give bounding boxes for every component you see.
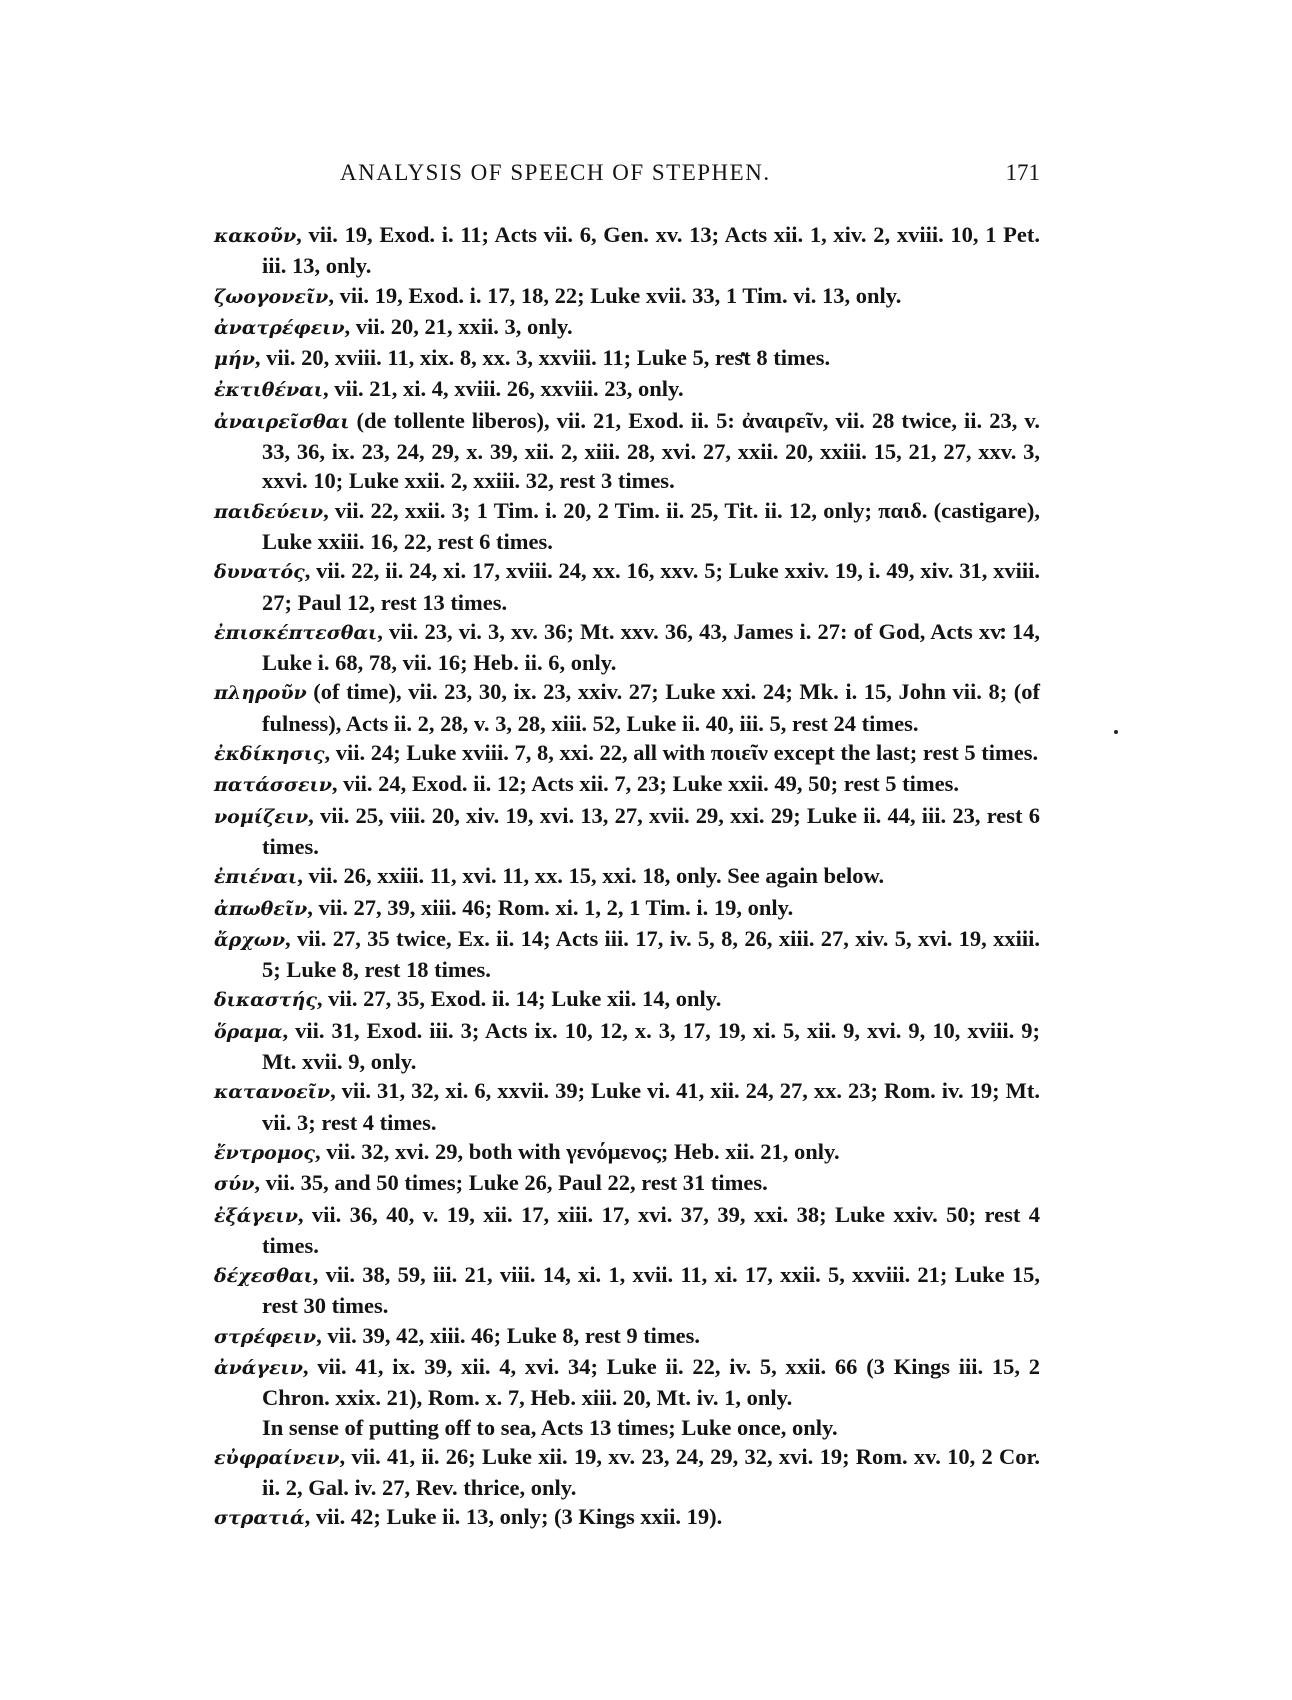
entry-text: , vii. 41, ii. 26; Luke xii. 19, xv. 23,… [262,1444,1040,1500]
entry: ἀνατρέφειν, vii. 20, 21, xxii. 3, only. [214,312,1040,343]
entry-text: , vii. 36, 40, v. 19, xii. 17, xiii. 17,… [262,1202,1040,1258]
entry: ἀνάγειν, vii. 41, ix. 39, xii. 4, xvi. 3… [214,1352,1040,1413]
entry-text: , vii. 20, 21, xxii. 3, only. [345,314,573,339]
document-page: ANALYSIS OF SPEECH OF STEPHEN. 171 κακοῦ… [0,0,1292,1700]
scan-speck [1001,628,1005,632]
entry-lemma: κατανοεῖν [214,1081,330,1103]
entry: ἐξάγειν, vii. 36, 40, v. 19, xii. 17, xi… [214,1200,1040,1261]
scan-speck [1114,730,1118,734]
entry: δέχεσθαι, vii. 38, 59, iii. 21, viii. 14… [214,1260,1040,1321]
entry: ἀναιρεῖσθαι (de tollente liberos), vii. … [214,406,1040,496]
entry-list: κακοῦν, vii. 19, Exod. i. 11; Acts vii. … [214,220,1040,1534]
entry-text: , vii. 31, Exod. iii. 3; Acts ix. 10, 12… [262,1018,1040,1074]
entry-text: , vii. 32, xvi. 29, both with γενόμενος;… [315,1139,840,1164]
entry-lemma: ἀπωθεῖν [214,898,307,920]
entry: ὅραμα, vii. 31, Exod. iii. 3; Acts ix. 1… [214,1016,1040,1077]
entry: πατάσσειν, vii. 24, Exod. ii. 12; Acts x… [214,769,1040,800]
entry-lemma: κακοῦν [214,225,296,247]
running-head: ANALYSIS OF SPEECH OF STEPHEN. 171 [340,160,1040,194]
entry-lemma: ἔντρομος [214,1142,315,1164]
entry-lemma: μήν [214,348,255,370]
entry-lemma: ὅραμα [214,1021,282,1043]
entry: στρέφειν, vii. 39, 42, xiii. 46; Luke 8,… [214,1321,1040,1352]
entry-lemma: ἀναιρεῖσθαι [214,411,350,433]
entry: δικαστής, vii. 27, 35, Exod. ii. 14; Luk… [214,984,1040,1015]
scan-speck [741,352,745,356]
entry: ζωογονεῖν, vii. 19, Exod. i. 17, 18, 22;… [214,281,1040,312]
entry-text: , vii. 19, Exod. i. 11; Acts vii. 6, Gen… [262,222,1040,278]
entry-text: , vii. 25, viii. 20, xiv. 19, xvi. 13, 2… [262,803,1040,859]
entry: εὐφραίνειν, vii. 41, ii. 26; Luke xii. 1… [214,1442,1040,1503]
entry: στρατιά, vii. 42; Luke ii. 13, only; (3 … [214,1502,1040,1533]
entry-text: , vii. 41, ix. 39, xii. 4, xvi. 34; Luke… [262,1354,1040,1410]
entry: ἐκδίκησις, vii. 24; Luke xviii. 7, 8, xx… [214,738,1040,769]
entry-lemma: ἄρχων [214,929,285,951]
entry: ἀπωθεῖν, vii. 27, 39, xiii. 46; Rom. xi.… [214,893,1040,924]
entry-lemma: ἐκδίκησις [214,743,324,765]
entry-text: , vii. 24, Exod. ii. 12; Acts xii. 7, 23… [332,771,959,796]
entry-lemma: δικαστής [214,989,317,1011]
entry-lemma: ἐπιέναι [214,866,297,888]
page-number: 171 [1006,160,1041,186]
entry-lemma: ἐπισκέπτεσθαι [214,622,377,644]
entry-lemma: ἐξάγειν [214,1205,298,1227]
entry: μήν, vii. 20, xviii. 11, xix. 8, xx. 3, … [214,343,1040,374]
entry-text: , vii. 26, xxiii. 11, xvi. 11, xx. 15, x… [297,863,884,888]
entry-continuation: In sense of putting off to sea, Acts 13 … [214,1413,1040,1442]
entry: κακοῦν, vii. 19, Exod. i. 11; Acts vii. … [214,220,1040,281]
entry-lemma: δέχεσθαι [214,1265,313,1287]
entry: παιδεύειν, vii. 22, xxii. 3; 1 Tim. i. 2… [214,496,1040,557]
entry: ἐκτιθέναι, vii. 21, xi. 4, xviii. 26, xx… [214,374,1040,405]
entry-text: , vii. 23, vi. 3, xv. 36; Mt. xxv. 36, 4… [262,619,1040,675]
entry-text: , vii. 27, 35, Exod. ii. 14; Luke xii. 1… [317,986,721,1011]
entry-lemma: ἀνάγειν [214,1357,303,1379]
entry-text: , vii. 35, and 50 times; Luke 26, Paul 2… [254,1170,767,1195]
entry-text: , vii. 21, xi. 4, xviii. 26, xxviii. 23,… [323,376,684,401]
entry-text: , vii. 42; Luke ii. 13, only; (3 Kings x… [305,1504,723,1529]
entry: ἄρχων, vii. 27, 35 twice, Ex. ii. 14; Ac… [214,924,1040,985]
entry-text: , vii. 20, xviii. 11, xix. 8, xx. 3, xxv… [255,345,830,370]
entry-lemma: παιδεύειν [214,501,323,523]
entry-lemma: ζωογονεῖν [214,286,328,308]
entry-lemma: εὐφραίνειν [214,1447,340,1469]
entry: ἐπισκέπτεσθαι, vii. 23, vi. 3, xv. 36; M… [214,617,1040,678]
entry-text: , vii. 19, Exod. i. 17, 18, 22; Luke xvi… [328,283,901,308]
entry-text: , vii. 27, 35 twice, Ex. ii. 14; Acts ii… [262,926,1040,982]
entry-lemma: στρέφειν [214,1326,316,1348]
entry: δυνατός, vii. 22, ii. 24, xi. 17, xviii.… [214,556,1040,617]
entry-text: , vii. 24; Luke xviii. 7, 8, xxi. 22, al… [324,740,1038,765]
entry-text: , vii. 39, 42, xiii. 46; Luke 8, rest 9 … [316,1323,700,1348]
entry-text: , vii. 38, 59, iii. 21, viii. 14, xi. 1,… [262,1262,1040,1318]
entry-lemma: ἀνατρέφειν [214,317,345,339]
entry-lemma: πατάσσειν [214,774,332,796]
entry-lemma: νομίζειν [214,806,308,828]
entry-lemma: στρατιά [214,1507,305,1529]
entry-text: , vii. 27, 39, xiii. 46; Rom. xi. 1, 2, … [307,895,793,920]
entry-text: , vii. 22, ii. 24, xi. 17, xviii. 24, xx… [262,558,1040,614]
entry-lemma: ἐκτιθέναι [214,379,323,401]
entry: κατανοεῖν, vii. 31, 32, xi. 6, xxvii. 39… [214,1076,1040,1137]
entry-text: (of time), vii. 23, 30, ix. 23, xxiv. 27… [262,679,1040,735]
page-title: ANALYSIS OF SPEECH OF STEPHEN. [340,160,771,186]
entry-lemma: πληροῦν [214,682,307,704]
entry: νομίζειν, vii. 25, viii. 20, xiv. 19, xv… [214,801,1040,862]
entry-text: , vii. 22, xxii. 3; 1 Tim. i. 20, 2 Tim.… [262,498,1040,554]
entry-text: (de tollente liberos), vii. 21, Exod. ii… [262,408,1040,494]
entry: σύν, vii. 35, and 50 times; Luke 26, Pau… [214,1168,1040,1199]
entry-lemma: δυνατός [214,561,305,583]
entry: πληροῦν (of time), vii. 23, 30, ix. 23, … [214,677,1040,738]
entry: ἐπιέναι, vii. 26, xxiii. 11, xvi. 11, xx… [214,861,1040,892]
entry-lemma: σύν [214,1173,254,1195]
entry: ἔντρομος, vii. 32, xvi. 29, both with γε… [214,1137,1040,1168]
entry-text: , vii. 31, 32, xi. 6, xxvii. 39; Luke vi… [262,1078,1040,1134]
